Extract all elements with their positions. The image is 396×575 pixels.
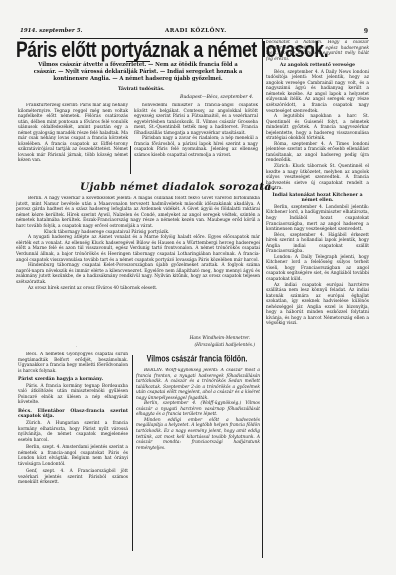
signature-title: (Hirszolgálati hadijelentés.) [140, 343, 255, 348]
victories-body: Berlin. A nagy vezérkar a következőket j… [16, 196, 260, 292]
paragraph: Berlin, szeptember 4. Londonból jelentik… [266, 205, 369, 233]
column-divider [262, 38, 263, 368]
paragraph: Róma, szeptember 4. A Times londoni jele… [266, 142, 369, 164]
paper-name: ARADI KÖZLÖNY. [165, 28, 227, 34]
right-column: bocsánatot a hatalom. Hogy a császár eli… [266, 40, 369, 550]
deck-line: kontinensre Anglia. — A német hadsereg ú… [16, 76, 260, 83]
paragraph: London: A Daily Telegraph jelenti, hogy … [266, 255, 369, 283]
deck-line: császár. — Nyílt várossá deklarálják Pár… [16, 69, 260, 76]
deck-line: Vilmos császár átvette a fővezérletet. —… [16, 62, 260, 69]
column-divider [262, 368, 263, 558]
page-number: 9 [364, 28, 368, 35]
paragraph: Berlin, szept. 4. Amsterdami jelentés sz… [18, 445, 128, 467]
bottom-left-column: Bécs. A németek Gyönyögyes csapatai sűrű… [18, 352, 128, 512]
section-subhead: Indiai katonákat hozat Kitchener a német… [266, 193, 369, 204]
paragraph: Berlin. A nagy vezérkar a következőket j… [16, 196, 260, 230]
paragraph: bocsánatot a hatalom. Hogy a császár eli… [266, 40, 369, 62]
column-divider [130, 146, 131, 174]
paragraph: BERLIN. Wolff-ügynökség jelenti: A csász… [136, 368, 260, 401]
main-middle-column: honvédelmi miniszter a francia-angol csa… [134, 103, 258, 176]
ornament: · [76, 344, 77, 349]
paragraph: Párisban nagy a zavar és riadalom; a nép… [134, 136, 258, 158]
item-title: Párist szerdán hagyja a kormány. [18, 377, 128, 383]
paragraph: A legutóbbi napokban a harc St. Quentinn… [266, 114, 369, 142]
issue-date: 1914. szeptember 5. [20, 28, 82, 34]
paragraph: honvédelmi miniszter a francia-angol csa… [134, 103, 258, 136]
paragraph: Az orosz hírek szerint az orosz főváros … [16, 286, 260, 292]
main-left-column: Frankfurterzeig szerint: Páris már alig … [18, 103, 128, 176]
paragraph: A nyugati hadsereg átlépte az Aisnet von… [16, 235, 260, 263]
byline: Távirati tudósítás. [118, 87, 165, 92]
paragraph: Minden eddigi ember előtt a hadvezetés m… [136, 418, 260, 451]
section-subhead: Az angolok rettentő veresége [266, 63, 369, 69]
column-divider [132, 355, 133, 551]
paragraph: Az indiai csapatok európai harctérre szá… [266, 283, 369, 327]
headline-deck: Vilmos császár átvette a fővezérletet. —… [16, 62, 260, 83]
item-title: Bécs. Ellentábor Olasz-francia szerint c… [18, 409, 128, 420]
paragraph: Bécs, szeptember 4. Hágából érkezett hír… [266, 233, 369, 255]
paragraph: Zürich. A Hungarian szerint a francia ko… [18, 421, 128, 443]
paragraph: Hindenburg tábornagy csapatai Kelet-Poro… [16, 263, 260, 285]
newspaper-page: 1914. szeptember 5. ARADI KÖZLÖNY. 9 Pár… [0, 0, 396, 575]
paragraph: Frankfurterzeig szerint: Páris már alig … [18, 103, 128, 164]
paragraph: Genf, szept. 4. A Franciaországból jött … [18, 469, 128, 486]
paragraph: Zürich: Kluck tábornok St. Quentinnél el… [266, 164, 369, 192]
paragraph: Bécs. A németek Gyönyögyes csapatai sűrű… [18, 352, 128, 374]
paragraph: Bécs, szeptember 4. A Daily News londoni… [266, 70, 369, 114]
section-title-wilhelm: Vilmos császár francia földön. [134, 355, 260, 364]
paragraph: Berlin, szeptember 4. (Wolff-ügynökség.)… [136, 401, 260, 418]
section-title-victories: Ujabb német diadalok sorozata. [80, 181, 275, 193]
main-headline: Páris előtt portyáznak a német lovasok. [16, 37, 256, 63]
paragraph: Páris. A francia kormány tegnap Bordeaux… [18, 384, 128, 406]
wilhelm-column: BERLIN. Wolff-ügynökség jelenti: A csász… [136, 368, 260, 552]
dateline: Budapest—Bécs, szeptember 4. [180, 95, 253, 100]
signature: Hans Windheim-Mennetrer. [150, 336, 250, 341]
